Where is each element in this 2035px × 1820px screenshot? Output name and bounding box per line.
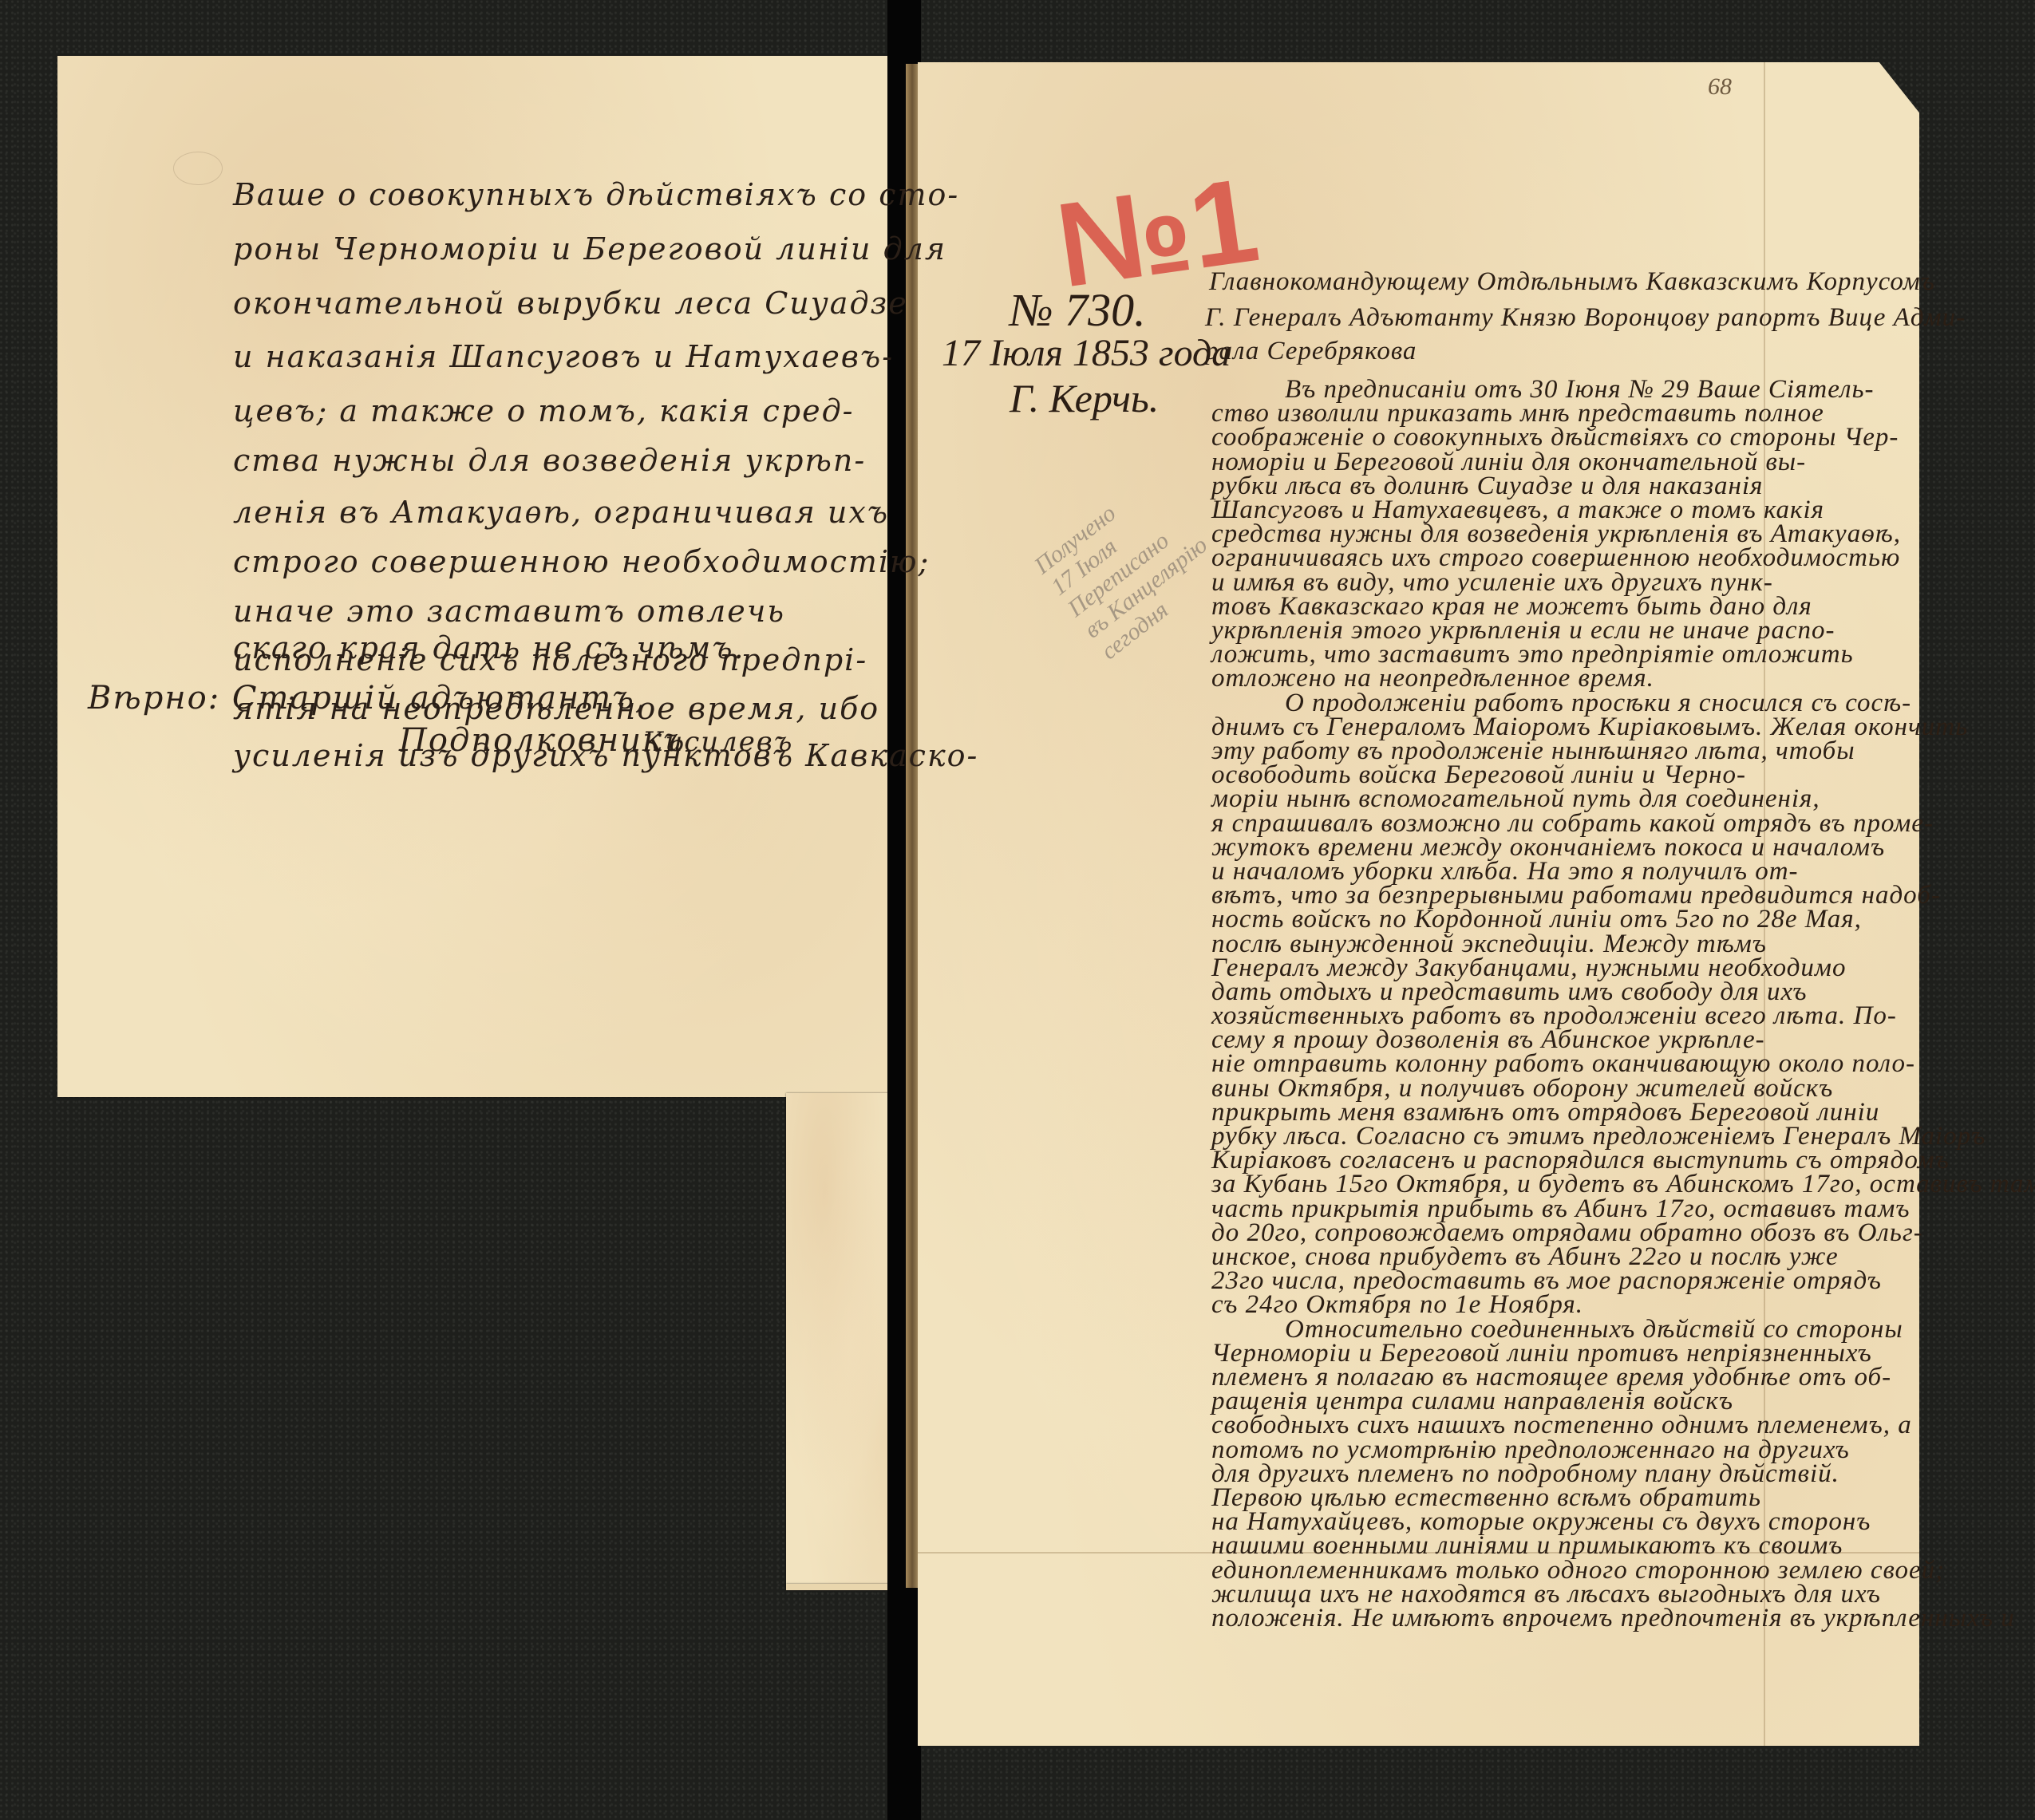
left-line: ства нужны для возведенiя укрѣп- (233, 443, 866, 478)
signature-name: Кисилевъ (642, 726, 793, 758)
left-line: Ваше о совокупныхъ дѣйствiяхъ со сто- (233, 177, 959, 212)
left-line: цевъ; а также о томъ, какiя сред- (233, 393, 855, 428)
document-place: Г. Керчь. (1010, 375, 1159, 421)
certification-line: Вѣрно: Старшiй адъютантъ, (88, 680, 647, 717)
left-line: и наказанiя Шапсуговъ и Натухаевъ- (233, 339, 894, 374)
left-line: иначе это заставитъ отвлечь (233, 594, 785, 629)
body-line: положенiя. Не имѣютъ впрочемъ предпочтен… (1211, 1604, 2015, 1633)
folio-number: 68 (1708, 73, 1732, 101)
left-line: строго совершенною необходимостiю; (233, 544, 930, 579)
embossed-stamp (173, 152, 223, 185)
document-date: 17 Iюля 1853 года (942, 331, 1231, 375)
left-line: роны Черноморiи и Береговой линiи для (233, 231, 946, 266)
left-line-closing: скаго края дать не съ чѣмъ. (233, 630, 745, 665)
address-line: Главнокомандующему Отдѣльнымъ Кавказским… (1209, 267, 1935, 297)
address-line: Г. Генералъ Адъютанту Князю Воронцову ра… (1205, 303, 1966, 333)
address-line: рала Серебрякова (1205, 337, 1417, 366)
left-line: окончательной вырубки леса Сиуадзе (233, 286, 908, 321)
document-number: № 730. (1010, 283, 1146, 337)
left-line: ленiя въ Атакуаѳѣ, ограничивая ихъ (233, 495, 889, 530)
